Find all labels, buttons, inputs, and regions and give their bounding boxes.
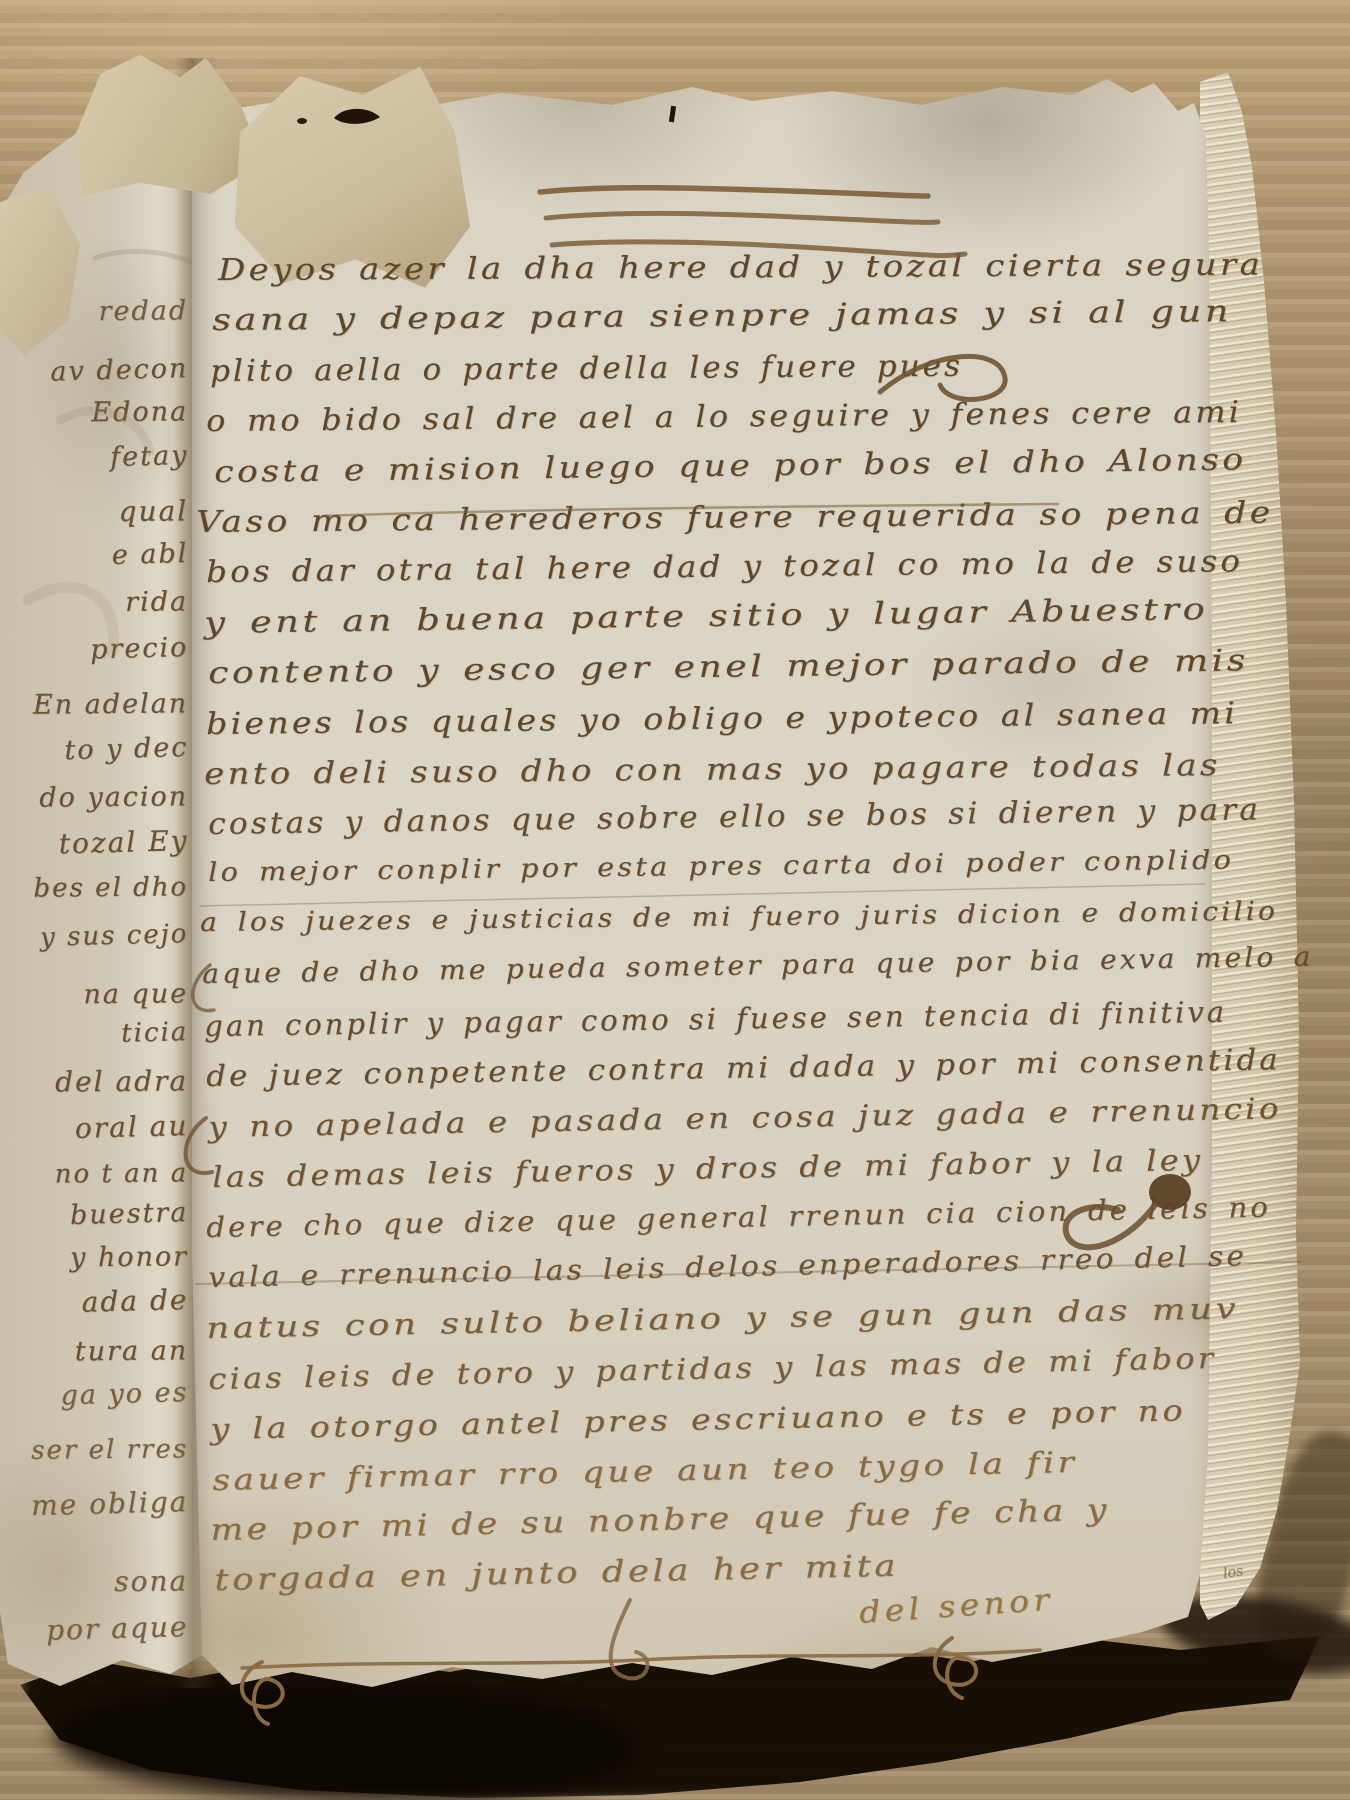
ink-blot-tail (1066, 1205, 1155, 1247)
margin-curl (193, 965, 214, 1011)
ink-flourishes-svg (0, 0, 1350, 1800)
edge-mark (669, 106, 676, 123)
crease-line (196, 1262, 1300, 1284)
head-rule-3 (552, 242, 965, 256)
underline-rule (322, 504, 1058, 516)
show-through-mark (60, 411, 150, 452)
show-through-mark (28, 587, 113, 652)
edge-speck (297, 118, 307, 124)
manuscript-photo: del senor los Deyos azer la dha here dad… (0, 0, 1350, 1800)
loop-flourish (880, 356, 1005, 399)
crease-line (200, 884, 1205, 906)
paraph-right (935, 1638, 976, 1698)
paraph-middle (611, 1600, 648, 1678)
show-through-mark (95, 251, 190, 262)
edge-notch (334, 109, 380, 124)
head-rule-1 (540, 188, 928, 196)
margin-curl (186, 1118, 212, 1173)
head-rule-2 (546, 213, 938, 222)
paraph-left (242, 1662, 283, 1724)
